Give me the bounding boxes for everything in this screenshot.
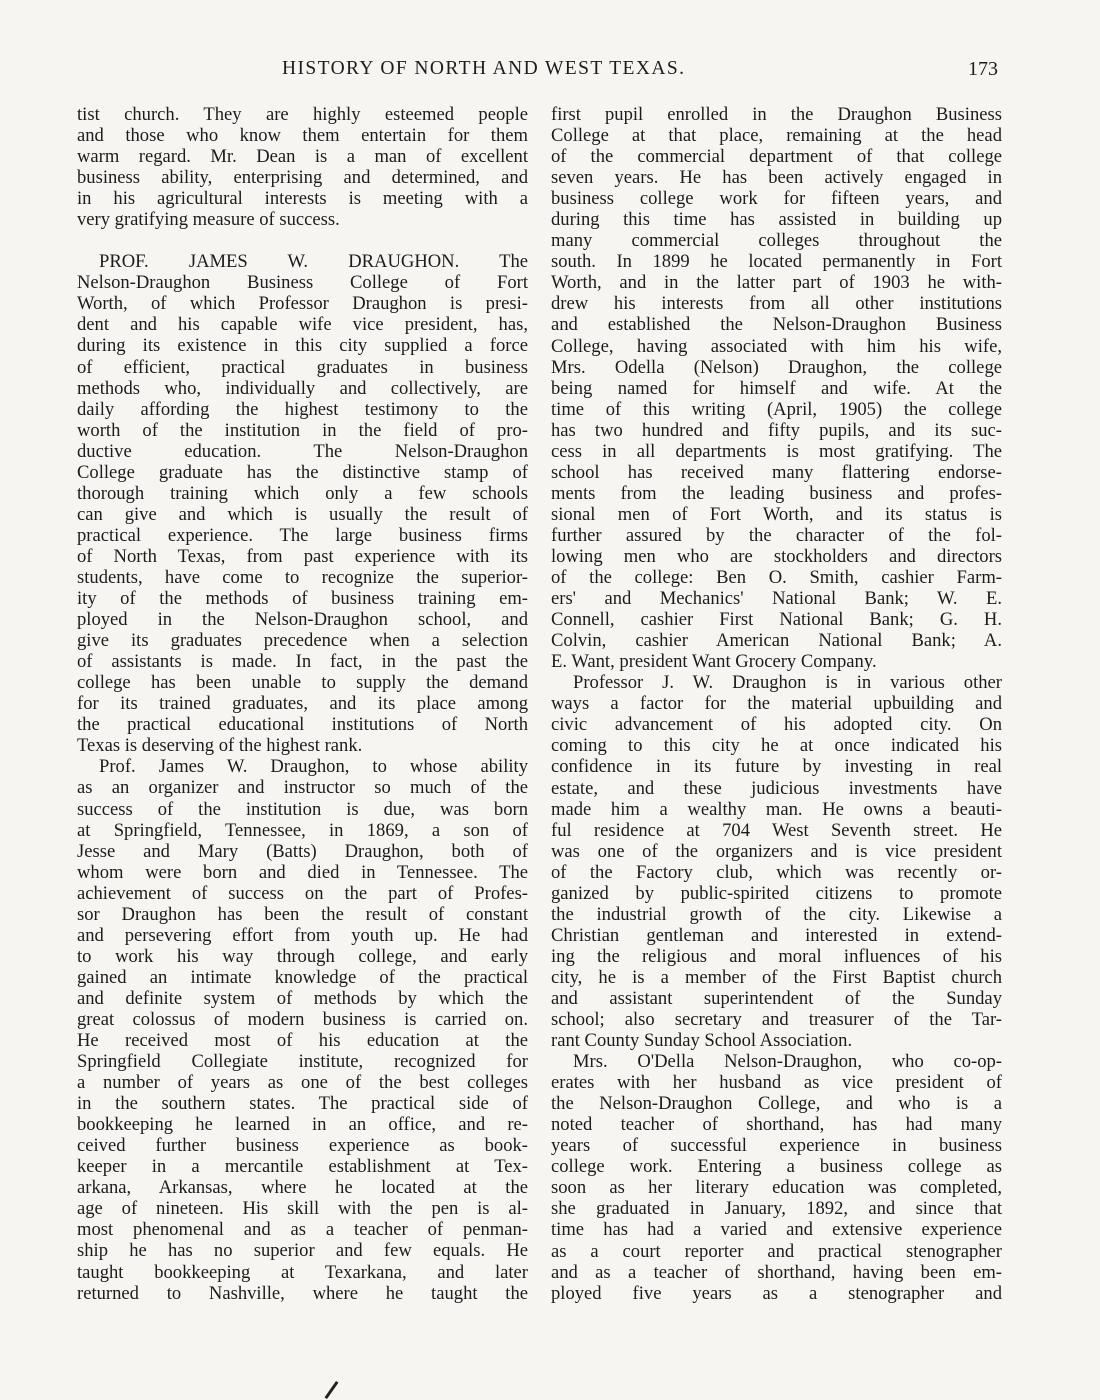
- text-line: Worth, of which Professor Draughon is pr…: [77, 293, 528, 314]
- text-line: ployed in the Nelson-Draughon school, an…: [77, 609, 528, 630]
- text-line: very gratifying measure of success.: [77, 209, 528, 230]
- text-line: confidence in its future by investing in…: [551, 756, 1002, 777]
- text-line: ity of the methods of business training …: [77, 588, 528, 609]
- text-line: and definite system of methods by which …: [77, 988, 528, 1009]
- text-line: can give and which is usually the result…: [77, 504, 528, 525]
- paragraph-gap: [77, 230, 528, 251]
- text-line: worth of the institution in the field of…: [77, 420, 528, 441]
- text-line: success of the institution is due, was b…: [77, 799, 528, 820]
- text-line: PROF. JAMES W. DRAUGHON. The: [77, 251, 528, 272]
- text-line: many commercial colleges throughout the: [551, 230, 1002, 251]
- text-line: coming to this city he at once indicated…: [551, 735, 1002, 756]
- text-line: ceived further business experience as bo…: [77, 1135, 528, 1156]
- text-line: at Springfield, Tennessee, in 1869, a so…: [77, 820, 528, 841]
- text-line: Professor J. W. Draughon is in various o…: [551, 672, 1002, 693]
- text-line: bookkeeping he learned in an office, and…: [77, 1114, 528, 1135]
- text-line: ers' and Mechanics' National Bank; W. E.: [551, 588, 1002, 609]
- text-line: methods who, individually and collective…: [77, 378, 528, 399]
- text-line: in his agricultural interests is meeting…: [77, 188, 528, 209]
- text-line: of North Texas, from past experience wit…: [77, 546, 528, 567]
- text-line: a number of years as one of the best col…: [77, 1072, 528, 1093]
- text-line: Jesse and Mary (Batts) Draughon, both of: [77, 841, 528, 862]
- text-line: drew his interests from all other instit…: [551, 293, 1002, 314]
- text-line: practical experience. The large business…: [77, 525, 528, 546]
- text-line: give its graduates precedence when a sel…: [77, 630, 528, 651]
- text-line: was one of the organizers and is vice pr…: [551, 841, 1002, 862]
- right-column: first pupil enrolled in the Draughon Bus…: [551, 104, 1002, 1304]
- text-line: noted teacher of shorthand, has had many: [551, 1114, 1002, 1135]
- text-line: the practical educational institutions o…: [77, 714, 528, 735]
- text-line: seven years. He has been actively engage…: [551, 167, 1002, 188]
- text-line: of efficient, practical graduates in bus…: [77, 357, 528, 378]
- text-line: for its trained graduates, and its place…: [77, 693, 528, 714]
- text-line: rant County Sunday School Association.: [551, 1030, 1002, 1051]
- text-line: College at that place, remaining at the …: [551, 125, 1002, 146]
- text-line: ments from the leading business and prof…: [551, 483, 1002, 504]
- text-line: thorough training which only a few schoo…: [77, 483, 528, 504]
- text-line: E. Want, president Want Grocery Company.: [551, 651, 1002, 672]
- text-line: and established the Nelson-Draughon Busi…: [551, 314, 1002, 335]
- scan-mark: [325, 1381, 339, 1399]
- text-line: returned to Nashville, where he taught t…: [77, 1283, 528, 1304]
- text-line: during its existence in this city suppli…: [77, 335, 528, 356]
- text-line: college has been unable to supply the de…: [77, 672, 528, 693]
- text-line: south. In 1899 he located permanently in…: [551, 251, 1002, 272]
- text-line: business ability, enterprising and deter…: [77, 167, 528, 188]
- text-line: and those who know them entertain for th…: [77, 125, 528, 146]
- text-line: of the commercial department of that col…: [551, 146, 1002, 167]
- text-line: great colossus of modern business is car…: [77, 1009, 528, 1030]
- text-line: in the southern states. The practical si…: [77, 1093, 528, 1114]
- text-line: Connell, cashier First National Bank; G.…: [551, 609, 1002, 630]
- text-line: He received most of his education at the: [77, 1030, 528, 1051]
- text-line: to work his way through college, and ear…: [77, 946, 528, 967]
- text-line: Nelson-Draughon Business College of Fort: [77, 272, 528, 293]
- text-line: Prof. James W. Draughon, to whose abilit…: [77, 756, 528, 777]
- text-line: achievement of success on the part of Pr…: [77, 883, 528, 904]
- text-line: age of nineteen. His skill with the pen …: [77, 1198, 528, 1219]
- text-line: business college work for fifteen years,…: [551, 188, 1002, 209]
- text-line: as an organizer and instructor so much o…: [77, 777, 528, 798]
- text-line: civic advancement of his adopted city. O…: [551, 714, 1002, 735]
- text-line: Worth, and in the latter part of 1903 he…: [551, 272, 1002, 293]
- text-line: of assistants is made. In fact, in the p…: [77, 651, 528, 672]
- text-line: the industrial growth of the city. Likew…: [551, 904, 1002, 925]
- text-line: the Nelson-Draughon College, and who is …: [551, 1093, 1002, 1114]
- text-line: erates with her husband as vice presiden…: [551, 1072, 1002, 1093]
- text-line: school; also secretary and treasurer of …: [551, 1009, 1002, 1030]
- text-line: lowing men who are stockholders and dire…: [551, 546, 1002, 567]
- text-line: warm regard. Mr. Dean is a man of excell…: [77, 146, 528, 167]
- text-line: Springfield Collegiate institute, recogn…: [77, 1051, 528, 1072]
- text-line: estate, and these judicious investments …: [551, 778, 1002, 799]
- text-line: first pupil enrolled in the Draughon Bus…: [551, 104, 1002, 125]
- text-line: as a court reporter and practical stenog…: [551, 1241, 1002, 1262]
- text-line: further assured by the character of the …: [551, 525, 1002, 546]
- text-line: years of successful experience in busine…: [551, 1135, 1002, 1156]
- text-line: time of this writing (April, 1905) the c…: [551, 399, 1002, 420]
- text-line: has two hundred and fifty pupils, and it…: [551, 420, 1002, 441]
- text-line: ful residence at 704 West Seventh street…: [551, 820, 1002, 841]
- text-line: and assistant superintendent of the Sund…: [551, 988, 1002, 1009]
- text-line: students, have come to recognize the sup…: [77, 567, 528, 588]
- text-line: time has had a varied and extensive expe…: [551, 1219, 1002, 1240]
- text-line: whom were born and died in Tennessee. Th…: [77, 862, 528, 883]
- text-line: soon as her literary education was compl…: [551, 1177, 1002, 1198]
- text-line: ship he has no superior and few equals. …: [77, 1240, 528, 1261]
- text-line: taught bookkeeping at Texarkana, and lat…: [77, 1262, 528, 1283]
- text-line: of the Factory club, which was recently …: [551, 862, 1002, 883]
- text-line: during this time has assisted in buildin…: [551, 209, 1002, 230]
- text-line: ployed five years as a stenographer and: [551, 1283, 1002, 1304]
- page-header: HISTORY OF NORTH AND WEST TEXAS. 173: [0, 58, 1100, 88]
- text-line: arkana, Arkansas, where he located at th…: [77, 1177, 528, 1198]
- text-line: Texas is deserving of the highest rank.: [77, 735, 528, 756]
- left-column: tist church. They are highly esteemed pe…: [77, 104, 528, 1304]
- text-line: dent and his capable wife vice president…: [77, 314, 528, 335]
- text-line: cess in all departments is most gratifyi…: [551, 441, 1002, 462]
- text-line: school has received many flattering endo…: [551, 462, 1002, 483]
- text-line: she graduated in January, 1892, and sinc…: [551, 1198, 1002, 1219]
- text-line: of the college: Ben O. Smith, cashier Fa…: [551, 567, 1002, 588]
- text-line: ways a factor for the material upbuildin…: [551, 693, 1002, 714]
- text-line: Christian gentleman and interested in ex…: [551, 925, 1002, 946]
- text-line: Mrs. O'Della Nelson-Draughon, who co-op-: [551, 1051, 1002, 1072]
- text-line: most phenomenal and as a teacher of penm…: [77, 1219, 528, 1240]
- text-line: sional men of Fort Worth, and its status…: [551, 504, 1002, 525]
- text-line: gained an intimate knowledge of the prac…: [77, 967, 528, 988]
- text-line: ductive education. The Nelson-Draughon: [77, 441, 528, 462]
- text-line: city, he is a member of the First Baptis…: [551, 967, 1002, 988]
- text-line: being named for himself and wife. At the: [551, 378, 1002, 399]
- text-line: ganized by public-spirited citizens to p…: [551, 883, 1002, 904]
- text-line: daily affording the highest testimony to…: [77, 399, 528, 420]
- text-line: and as a teacher of shorthand, having be…: [551, 1262, 1002, 1283]
- text-line: and persevering effort from youth up. He…: [77, 925, 528, 946]
- text-line: college work. Entering a business colleg…: [551, 1156, 1002, 1177]
- text-line: College, having associated with him his …: [551, 336, 1002, 357]
- running-title: HISTORY OF NORTH AND WEST TEXAS.: [282, 58, 685, 80]
- text-line: tist church. They are highly esteemed pe…: [77, 104, 528, 125]
- text-line: made him a wealthy man. He owns a beauti…: [551, 799, 1002, 820]
- text-line: ing the religious and moral influences o…: [551, 946, 1002, 967]
- text-line: sor Draughon has been the result of cons…: [77, 904, 528, 925]
- text-line: Mrs. Odella (Nelson) Draughon, the colle…: [551, 357, 1002, 378]
- text-line: Colvin, cashier American National Bank; …: [551, 630, 1002, 651]
- text-line: keeper in a mercantile establishment at …: [77, 1156, 528, 1177]
- page-number: 173: [968, 58, 998, 81]
- text-line: College graduate has the distinctive sta…: [77, 462, 528, 483]
